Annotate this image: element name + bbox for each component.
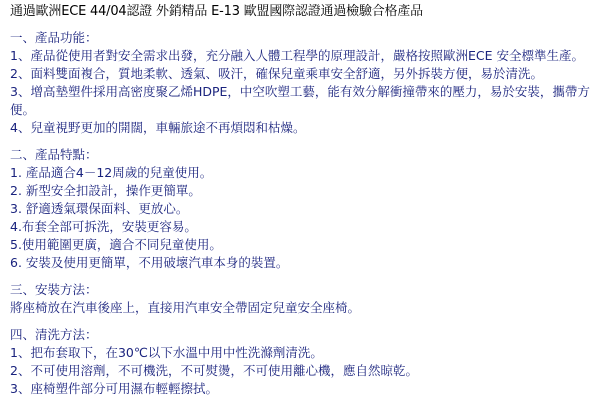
list-item: 4、兒童視野更加的開闊，車輛旅途不再煩悶和枯燥。 (10, 119, 595, 137)
list-item: 3. 舒適透氣環保面料、更放心。 (10, 200, 595, 218)
list-item: 1、把布套取下，在30℃以下水溫中用中性洗滌劑清洗。 (10, 344, 595, 362)
section-heading: 四、清洗方法： (10, 326, 595, 344)
list-item: 2、面料雙面複合，質地柔軟、透氣、吸汗，確保兒童乘車安全舒適，另外拆裝方便，易於… (10, 65, 595, 83)
list-item: 2. 新型安全扣設計，操作更簡單。 (10, 182, 595, 200)
list-item: 2、不可使用溶劑，不可機洗，不可熨燙，不可使用離心機，應自然晾乾。 (10, 362, 595, 380)
list-item: 4.布套全部可拆洗，安裝更容易。 (10, 218, 595, 236)
list-item: 3、增高墊塑件採用高密度聚乙烯HDPE，中空吹塑工藝，能有效分解衝撞帶來的壓力，… (10, 83, 595, 119)
section-product-functions: 一、產品功能： 1、產品從使用者對安全需求出發，充分融入人體工程學的原理設計，嚴… (10, 29, 595, 137)
list-item: 1、產品從使用者對安全需求出發，充分融入人體工程學的原理設計，嚴格按照歐洲ECE… (10, 47, 595, 65)
list-item: 1. 產品適合4－12周歲的兒童使用。 (10, 164, 595, 182)
document-title: 通過歐洲ECE 44/04認證 外銷精品 E-13 歐盟國際認證通過檢驗合格產品 (10, 3, 595, 21)
section-product-features: 二、產品特點： 1. 產品適合4－12周歲的兒童使用。 2. 新型安全扣設計，操… (10, 146, 595, 272)
list-item: 6. 安裝及使用更簡單，不用破壞汽車本身的裝置。 (10, 254, 595, 272)
section-installation-method: 三、安裝方法： 將座椅放在汽車後座上，直接用汽車安全帶固定兒童安全座椅。 (10, 281, 595, 317)
section-heading: 一、產品功能： (10, 29, 595, 47)
list-item: 將座椅放在汽車後座上，直接用汽車安全帶固定兒童安全座椅。 (10, 299, 595, 317)
list-item: 5.使用範圍更廣，適合不同兒童使用。 (10, 236, 595, 254)
section-cleaning-method: 四、清洗方法： 1、把布套取下，在30℃以下水溫中用中性洗滌劑清洗。 2、不可使… (10, 326, 595, 398)
product-description-document: 通過歐洲ECE 44/04認證 外銷精品 E-13 歐盟國際認證通過檢驗合格產品… (10, 3, 595, 407)
section-heading: 三、安裝方法： (10, 281, 595, 299)
section-heading: 二、產品特點： (10, 146, 595, 164)
list-item: 3、座椅塑件部分可用濕布輕輕擦拭。 (10, 380, 595, 398)
